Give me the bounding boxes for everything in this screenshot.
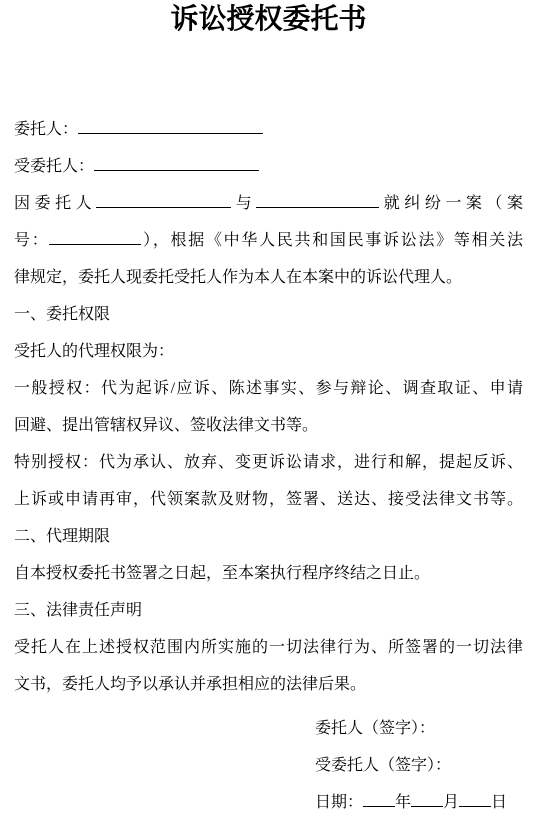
case-number-blank (49, 229, 141, 245)
document-title: 诉讼授权委托书 (0, 0, 537, 40)
case-seg3: 就纠纷一案（案 (379, 195, 523, 212)
document-page: 诉讼授权委托书 委托人： 受委托人： 因委托人与就纠纷一案（案 号：），根据《中… (0, 0, 537, 829)
principal-label: 委托人： (14, 121, 78, 138)
case-clause-line-3: 律规定，委托人现委托受托人作为本人在本案中的诉讼代理人。 (14, 259, 523, 296)
date-year-blank (363, 791, 395, 807)
document-body: 委托人： 受委托人： 因委托人与就纠纷一案（案 号：），根据《中华人民共和国民事… (0, 111, 537, 821)
case-seg1: 因委托人 (14, 195, 96, 212)
date-month-label: 月 (443, 794, 459, 811)
agent-line: 受委托人： (14, 148, 523, 185)
date-day-label: 日 (491, 794, 507, 811)
date-label: 日期： (315, 794, 363, 811)
general-authorization-line-1: 一般授权：代为起诉/应诉、陈述事实、参与辩论、调查取证、申请 (14, 370, 523, 407)
section3-heading: 三、法律责任声明 (14, 592, 523, 629)
case-clause-line-1: 因委托人与就纠纷一案（案 (14, 185, 523, 222)
section3-line-2: 文书，委托人均予以承认并承担相应的法律后果。 (14, 666, 523, 703)
case-seg4: 号： (14, 232, 49, 249)
signature-block: 委托人（签字）： 受委托人（签字）： 日期：年月日 (14, 710, 523, 821)
principal-blank (78, 118, 263, 134)
agent-label: 受委托人： (14, 158, 94, 175)
section2-body: 自本授权委托书签署之日起，至本案执行程序终结之日止。 (14, 555, 523, 592)
section1-heading: 一、委托权限 (14, 296, 523, 333)
signature-principal: 委托人（签字）： (14, 710, 523, 747)
case-seg2: 与 (231, 195, 256, 212)
signature-agent: 受委托人（签字）： (14, 747, 523, 784)
case-party2-blank (256, 192, 379, 208)
special-authorization-line-2: 上诉或申请再审，代领案款及财物，签署、送达、接受法律文书等。 (14, 481, 523, 518)
date-day-blank (459, 791, 491, 807)
case-seg5: ），根据《中华人民共和国民事诉讼法》等相关法 (141, 232, 523, 249)
principal-line: 委托人： (14, 111, 523, 148)
general-authorization-line-2: 回避、提出管辖权异议、签收法律文书等。 (14, 407, 523, 444)
case-clause-line-2: 号：），根据《中华人民共和国民事诉讼法》等相关法 (14, 222, 523, 259)
section2-heading: 二、代理期限 (14, 518, 523, 555)
agent-blank (94, 155, 259, 171)
section1-intro: 受托人的代理权限为： (14, 333, 523, 370)
date-year-label: 年 (395, 794, 411, 811)
date-line: 日期：年月日 (14, 784, 523, 821)
section3-line-1: 受托人在上述授权范围内所实施的一切法律行为、所签署的一切法律 (14, 629, 523, 666)
date-month-blank (411, 791, 443, 807)
special-authorization-line-1: 特别授权：代为承认、放弃、变更诉讼请求，进行和解，提起反诉、 (14, 444, 523, 481)
case-party1-blank (96, 192, 231, 208)
